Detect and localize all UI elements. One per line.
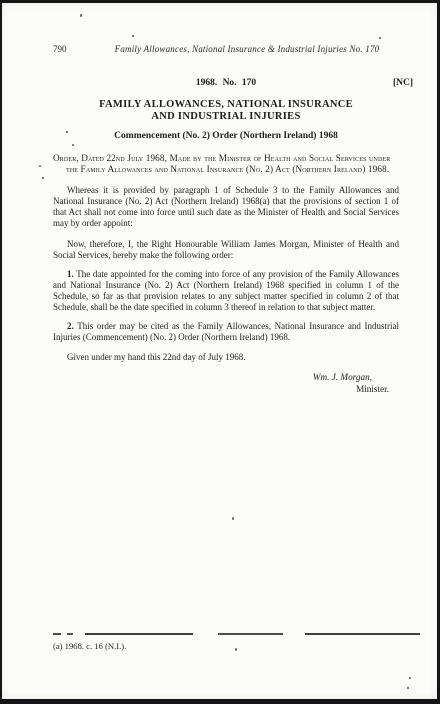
scan-speck bbox=[39, 165, 41, 167]
scan-speck bbox=[379, 37, 381, 39]
signature-name: Wm. J. Morgan, bbox=[53, 372, 372, 384]
corner-tag: [NC] bbox=[393, 78, 413, 89]
doc-number: 1968. No. 170 bbox=[196, 78, 256, 88]
signature-title: Minister. bbox=[53, 384, 389, 396]
signature-block: Wm. J. Morgan, Minister. bbox=[53, 372, 399, 395]
scan-speck bbox=[132, 35, 134, 37]
paragraph-article-2: 2. This order may be cited as the Family… bbox=[53, 321, 399, 343]
page-content: 790 Family Allowances, National Insuranc… bbox=[2, 3, 437, 699]
scan-speck bbox=[407, 687, 409, 689]
testimonium: Given under my hand this 22nd day of Jul… bbox=[53, 352, 399, 363]
article-2-number: 2. bbox=[67, 321, 74, 331]
scan-speck bbox=[409, 677, 411, 679]
doc-subtitle: Commencement (No. 2) Order (Northern Ire… bbox=[53, 131, 399, 142]
article-1-text: The date appointed for the coming into f… bbox=[53, 269, 399, 312]
article-2-text: This order may be cited as the Family Al… bbox=[53, 321, 399, 342]
scanned-document-page: 790 Family Allowances, National Insuranc… bbox=[0, 0, 440, 704]
doc-title-line2: AND INDUSTRIAL INJURIES bbox=[53, 111, 399, 123]
paragraph-article-1: 1. The date appointed for the coming int… bbox=[53, 269, 399, 313]
scan-speck bbox=[235, 648, 237, 651]
paragraph-whereas: Whereas it is provided by paragraph 1 of… bbox=[53, 185, 399, 229]
doc-number-row: 1968. No. 170 [NC] bbox=[53, 78, 399, 89]
preamble: Order, Dated 22nd July 1968, Made by the… bbox=[53, 153, 399, 175]
page-number: 790 bbox=[53, 44, 95, 55]
doc-title-line1: FAMILY ALLOWANCES, NATIONAL INSURANCE bbox=[53, 99, 399, 111]
running-head: 790 Family Allowances, National Insuranc… bbox=[53, 44, 399, 55]
doc-title: FAMILY ALLOWANCES, NATIONAL INSURANCE AN… bbox=[53, 99, 399, 123]
scan-speck bbox=[72, 144, 74, 146]
article-1-number: 1. bbox=[67, 269, 74, 279]
scan-speck bbox=[42, 177, 44, 179]
paragraph-now-therefore: Now, therefore, I, the Right Honourable … bbox=[53, 239, 399, 261]
scan-speck bbox=[66, 131, 68, 133]
scan-speck bbox=[80, 14, 82, 17]
running-head-title: Family Allowances, National Insurance & … bbox=[95, 44, 399, 55]
scan-speck bbox=[232, 517, 234, 520]
footnote-rule bbox=[53, 633, 420, 635]
